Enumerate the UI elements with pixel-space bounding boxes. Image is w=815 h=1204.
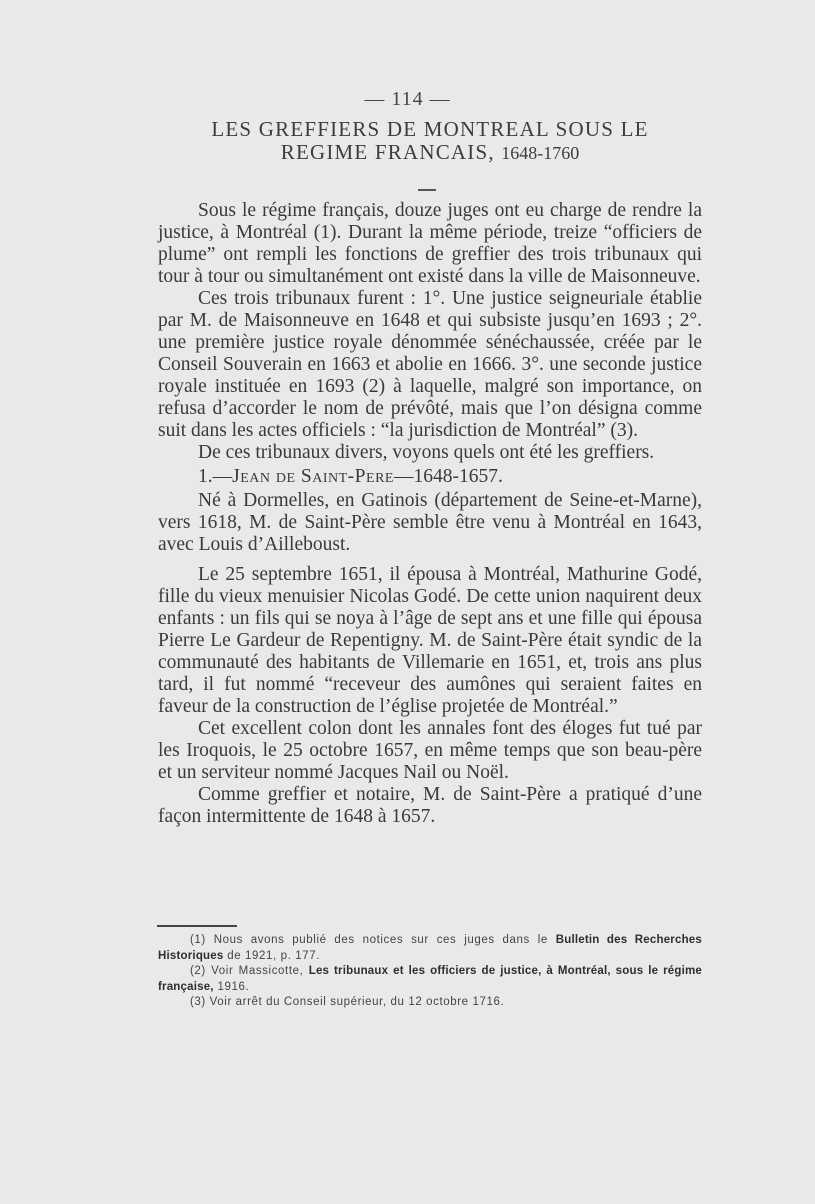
chapter-title-line-1: LES GREFFIERS DE MONTREAL SOUS LE: [150, 118, 710, 141]
footnote-text: Voir Massicotte,: [206, 965, 309, 977]
scanned-page: — 114 — LES GREFFIERS DE MONTREAL SOUS L…: [0, 0, 815, 1204]
footnote-text: Nous avons publié des notices sur ces ju…: [206, 934, 556, 946]
chapter-title-text: REGIME FRANCAIS,: [281, 140, 495, 164]
footnote-2: (2) Voir Massicotte, Les tribunaux et le…: [158, 964, 702, 995]
paragraph: Le 25 septembre 1651, il épousa à Montré…: [158, 564, 702, 718]
footnote-text: de 1921, p. 177.: [223, 950, 320, 962]
footnote-marker: (1): [190, 934, 206, 946]
paragraph: Sous le régime français, douze juges ont…: [158, 200, 702, 288]
chapter-title-years: 1648-1760: [501, 143, 579, 163]
section-number: 1.—: [198, 466, 232, 487]
chapter-title: LES GREFFIERS DE MONTREAL SOUS LE REGIME…: [150, 118, 710, 165]
section-heading: 1.—Jean de Saint-Pere—1648-1657.: [158, 466, 702, 488]
footnote-marker: (3): [190, 996, 206, 1008]
footnote-marker: (2): [190, 965, 206, 977]
section-name: Jean de Saint-Pere: [232, 466, 394, 487]
paragraph: Né à Dormelles, en Gatinois (département…: [158, 490, 702, 556]
footnote-1: (1) Nous avons publié des notices sur ce…: [158, 933, 702, 964]
body-text: Sous le régime français, douze juges ont…: [158, 200, 702, 828]
paragraph: De ces tribunaux divers, voyons quels on…: [158, 442, 702, 464]
page-number: — 114 —: [0, 88, 815, 111]
footnote-text: 1916.: [214, 981, 250, 993]
paragraph: Cet excellent colon dont les annales fon…: [158, 718, 702, 784]
footnotes: (1) Nous avons publié des notices sur ce…: [158, 933, 702, 1011]
footnote-text: Voir arrêt du Conseil supérieur, du 12 o…: [206, 996, 504, 1008]
footnote-3: (3) Voir arrêt du Conseil supérieur, du …: [158, 995, 702, 1011]
paragraph: Ces trois tribunaux furent : 1°. Une jus…: [158, 288, 702, 442]
footnote-divider: [157, 925, 237, 927]
paragraph: Comme greffier et notaire, M. de Saint-P…: [158, 784, 702, 828]
title-divider: [418, 189, 436, 191]
section-dates: —1648-1657.: [394, 466, 503, 487]
chapter-title-line-2: REGIME FRANCAIS, 1648-1760: [150, 141, 710, 165]
